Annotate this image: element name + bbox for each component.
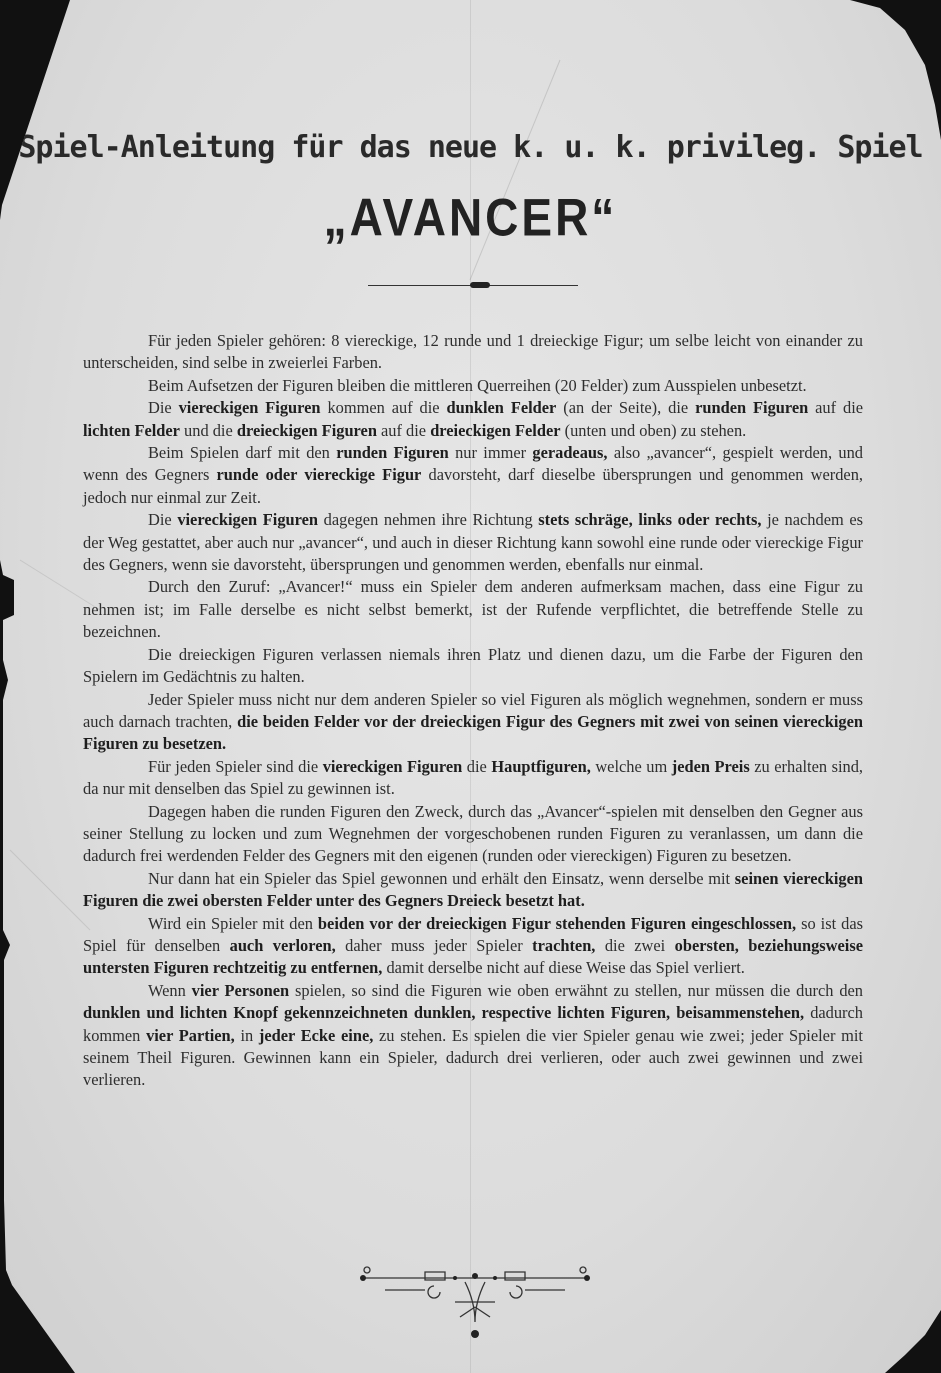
paragraph-text: dagegen nehmen ihre Richtung bbox=[318, 510, 538, 529]
emphasized-text: viereckigen Figuren bbox=[323, 757, 463, 776]
paragraph-text: Dagegen haben die runden Figuren den Zwe… bbox=[83, 802, 863, 866]
paragraph-text: Nur dann hat ein Spieler das Spiel gewon… bbox=[148, 869, 735, 888]
emphasized-text: runde oder viereckige Figur bbox=[217, 465, 422, 484]
instruction-paragraph: Nur dann hat ein Spieler das Spiel gewon… bbox=[83, 868, 863, 913]
emphasized-text: geradeaus, bbox=[532, 443, 607, 462]
instruction-paragraph: Die dreieckigen Figuren verlassen niemal… bbox=[83, 644, 863, 689]
emphasized-text: stets schräge, links oder rechts, bbox=[538, 510, 761, 529]
instruction-paragraph: Die viereckigen Figuren kommen auf die d… bbox=[83, 397, 863, 442]
instruction-paragraph: Beim Spielen darf mit den runden Figuren… bbox=[83, 442, 863, 509]
paragraph-text: Beim Spielen darf mit den bbox=[148, 443, 336, 462]
paragraph-text: (unten und oben) zu stehen. bbox=[561, 421, 747, 440]
emphasized-text: jeden Preis bbox=[672, 757, 750, 776]
document-title: „AVANCER“ bbox=[0, 186, 941, 248]
paragraph-text: Die bbox=[148, 510, 177, 529]
instruction-paragraph: Durch den Zuruf: „Avancer!“ muss ein Spi… bbox=[83, 576, 863, 643]
instructions-body: Für jeden Spieler gehören: 8 viereckige,… bbox=[83, 330, 863, 1092]
instruction-paragraph: Die viereckigen Figuren dagegen nehmen i… bbox=[83, 509, 863, 576]
emphasized-text: Hauptfiguren, bbox=[491, 757, 590, 776]
paragraph-text: die bbox=[462, 757, 491, 776]
instruction-paragraph: Jeder Spieler muss nicht nur dem anderen… bbox=[83, 689, 863, 756]
emphasized-text: runden Figuren bbox=[336, 443, 449, 462]
emphasized-text: runden Figuren bbox=[695, 398, 808, 417]
paragraph-text: Durch den Zuruf: „Avancer!“ muss ein Spi… bbox=[83, 577, 863, 641]
emphasized-text: dunklen und lichten Knopf gekennzeichnet… bbox=[83, 1003, 804, 1022]
emphasized-text: jeder Ecke eine, bbox=[259, 1026, 373, 1045]
emphasized-text: dreieckigen Figuren bbox=[237, 421, 377, 440]
instruction-paragraph: Wird ein Spieler mit den beiden vor der … bbox=[83, 913, 863, 980]
paragraph-text: auf die bbox=[377, 421, 430, 440]
paragraph-text: Beim Aufsetzen der Figuren bleiben die m… bbox=[148, 376, 807, 395]
emphasized-text: dreieckigen Felder bbox=[430, 421, 560, 440]
paragraph-text: welche um bbox=[591, 757, 672, 776]
document-heading: Spiel-Anleitung für das neue k. u. k. pr… bbox=[0, 130, 941, 165]
paragraph-text: Für jeden Spieler gehören: 8 viereckige,… bbox=[83, 331, 863, 372]
emphasized-text: auch verloren, bbox=[230, 936, 336, 955]
instruction-paragraph: Für jeden Spieler gehören: 8 viereckige,… bbox=[83, 330, 863, 375]
paragraph-text: in bbox=[235, 1026, 259, 1045]
paragraph-text: auf die bbox=[808, 398, 863, 417]
paragraph-text: Die bbox=[148, 398, 179, 417]
paragraph-text: Wenn bbox=[148, 981, 192, 1000]
instruction-paragraph: Beim Aufsetzen der Figuren bleiben die m… bbox=[83, 375, 863, 397]
paragraph-text: daher muss jeder Spieler bbox=[336, 936, 532, 955]
emphasized-text: lichten Felder bbox=[83, 421, 180, 440]
emphasized-text: dunklen Felder bbox=[447, 398, 557, 417]
paragraph-text: (an der Seite), die bbox=[556, 398, 695, 417]
paragraph-text: Für jeden Spieler sind die bbox=[148, 757, 323, 776]
emphasized-text: beiden vor der dreieckigen Figur stehend… bbox=[318, 914, 796, 933]
emphasized-text: viereckigen Figuren bbox=[177, 510, 318, 529]
paragraph-text: spielen, so sind die Figuren wie oben er… bbox=[289, 981, 863, 1000]
document-page: Spiel-Anleitung für das neue k. u. k. pr… bbox=[0, 0, 941, 1373]
paragraph-text: die zwei bbox=[595, 936, 674, 955]
instruction-paragraph: Wenn vier Personen spielen, so sind die … bbox=[83, 980, 863, 1092]
paragraph-text: Die dreieckigen Figuren verlassen niemal… bbox=[83, 645, 863, 686]
instruction-paragraph: Für jeden Spieler sind die viereckigen F… bbox=[83, 756, 863, 801]
instruction-paragraph: Dagegen haben die runden Figuren den Zwe… bbox=[83, 801, 863, 868]
paragraph-text: damit derselbe nicht auf diese Weise das… bbox=[382, 958, 745, 977]
paragraph-text: nur immer bbox=[449, 443, 533, 462]
paragraph-text: und die bbox=[180, 421, 237, 440]
emphasized-text: vier Partien, bbox=[146, 1026, 235, 1045]
emphasized-text: trachten, bbox=[532, 936, 595, 955]
paragraph-text: kommen auf die bbox=[321, 398, 447, 417]
emphasized-text: viereckigen Figuren bbox=[179, 398, 321, 417]
ornamental-vignette-icon bbox=[355, 1262, 595, 1342]
emphasized-text: vier Personen bbox=[192, 981, 290, 1000]
paragraph-text: Wird ein Spieler mit den bbox=[148, 914, 318, 933]
